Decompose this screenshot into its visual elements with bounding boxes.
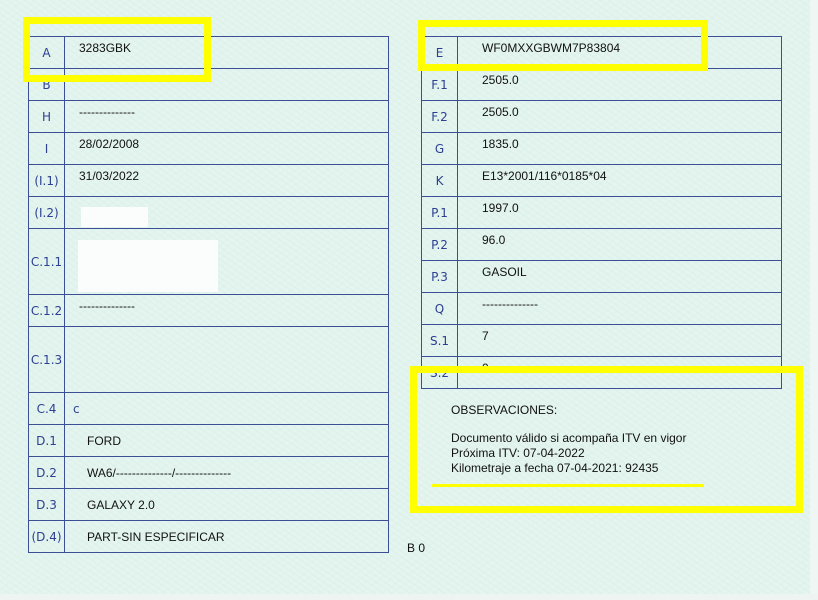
field-value: -------------- xyxy=(65,295,389,327)
seats: 7 xyxy=(482,329,489,343)
field-code: D.3 xyxy=(29,489,65,521)
field-code: (I.2) xyxy=(29,197,65,229)
page-bottom-edge xyxy=(0,594,818,600)
field-value-text: 1835.0 xyxy=(482,137,519,151)
field-row-f2: F.2 2505.0 xyxy=(422,101,782,133)
type-variant: WA6/--------------/-------------- xyxy=(87,466,231,480)
highlight-box-vin xyxy=(418,20,708,71)
field-row-c12: C.1.2 -------------- xyxy=(29,295,389,327)
field-value: 28/02/2008 xyxy=(65,133,389,165)
field-row-d1: D.1 FORD xyxy=(29,425,389,457)
field-value: E13*2001/116*0185*04 xyxy=(458,165,782,197)
field-row-p3: P.3 GASOIL xyxy=(422,261,782,293)
redacted-field-i2 xyxy=(81,207,148,227)
field-value-text: 2505.0 xyxy=(482,73,519,87)
field-code: P.1 xyxy=(422,197,458,229)
field-row-g: G 1835.0 xyxy=(422,133,782,165)
highlight-box-plate xyxy=(23,17,211,82)
field-code: C.1.3 xyxy=(29,327,65,393)
field-value: WA6/--------------/-------------- xyxy=(65,457,389,489)
field-row-k: K E13*2001/116*0185*04 xyxy=(422,165,782,197)
field-code: I xyxy=(29,133,65,165)
field-row-h: H -------------- xyxy=(29,101,389,133)
field-value-text: -------------- xyxy=(482,297,538,311)
field-code: Q xyxy=(422,293,458,325)
field-value: 2505.0 xyxy=(458,101,782,133)
field-value-text: 96.0 xyxy=(482,233,505,247)
field-value: 1835.0 xyxy=(458,133,782,165)
highlight-underline xyxy=(432,484,704,487)
field-row-d3: D.3 GALAXY 2.0 xyxy=(29,489,389,521)
field-row-c4: C.4 c xyxy=(29,393,389,425)
field-code: C.1.1 xyxy=(29,229,65,295)
field-value: PART-SIN ESPECIFICAR xyxy=(65,521,389,553)
field-row-p1: P.1 1997.0 xyxy=(422,197,782,229)
field-code: D.2 xyxy=(29,457,65,489)
field-row-p2: P.2 96.0 xyxy=(422,229,782,261)
highlight-box-observaciones xyxy=(410,366,803,513)
field-value-text: -------------- xyxy=(79,299,135,313)
left-fields-table: A 3283GBK B -------------- H -----------… xyxy=(28,36,389,553)
redacted-field-c11 xyxy=(78,240,218,292)
field-row-s1: S.1 7 xyxy=(422,325,782,357)
field-value: c xyxy=(65,393,389,425)
field-code: H xyxy=(29,101,65,133)
fuel-type: GASOIL xyxy=(482,265,527,279)
field-value-text: c xyxy=(73,402,80,416)
field-value: FORD xyxy=(65,425,389,457)
field-code: C.1.2 xyxy=(29,295,65,327)
field-value: GALAXY 2.0 xyxy=(65,489,389,521)
field-code: P.2 xyxy=(422,229,458,261)
field-value-text: 1997.0 xyxy=(482,201,519,215)
field-code: D.1 xyxy=(29,425,65,457)
field-code: (I.1) xyxy=(29,165,65,197)
field-code: K xyxy=(422,165,458,197)
field-code: G xyxy=(422,133,458,165)
field-value: 31/03/2022 xyxy=(65,165,389,197)
field-value: -------------- xyxy=(65,101,389,133)
right-fields-table: E WF0MXXGBWM7P83804 F.1 2505.0 F.2 2505.… xyxy=(421,36,782,389)
field-row-d4: (D.4) PART-SIN ESPECIFICAR xyxy=(29,521,389,553)
field-value: 2505.0 xyxy=(458,69,782,101)
field-code: P.3 xyxy=(422,261,458,293)
type-approval-number: E13*2001/116*0185*04 xyxy=(482,169,607,183)
footer-code: B 0 xyxy=(407,541,425,555)
field-code: S.1 xyxy=(422,325,458,357)
field-row-i: I 28/02/2008 xyxy=(29,133,389,165)
field-row-f1: F.1 2505.0 xyxy=(422,69,782,101)
field-row-i1: (I.1) 31/03/2022 xyxy=(29,165,389,197)
field-code: F.1 xyxy=(422,69,458,101)
field-code: F.2 xyxy=(422,101,458,133)
field-value-text: -------------- xyxy=(79,105,135,119)
page-edge xyxy=(810,0,818,600)
field-value: 96.0 xyxy=(458,229,782,261)
make: FORD xyxy=(87,434,121,448)
field-row-d2: D.2 WA6/--------------/-------------- xyxy=(29,457,389,489)
use-category: PART-SIN ESPECIFICAR xyxy=(87,530,225,544)
field-value: -------------- xyxy=(458,293,782,325)
field-row-q: Q -------------- xyxy=(422,293,782,325)
field-value xyxy=(65,327,389,393)
registration-date: 31/03/2022 xyxy=(79,169,139,183)
field-value: 7 xyxy=(458,325,782,357)
field-row-c13: C.1.3 xyxy=(29,327,389,393)
field-value: GASOIL xyxy=(458,261,782,293)
first-registration-date: 28/02/2008 xyxy=(79,137,139,151)
field-code: C.4 xyxy=(29,393,65,425)
field-code: (D.4) xyxy=(29,521,65,553)
field-value: 1997.0 xyxy=(458,197,782,229)
field-value-text: 2505.0 xyxy=(482,105,519,119)
model: GALAXY 2.0 xyxy=(87,498,155,512)
